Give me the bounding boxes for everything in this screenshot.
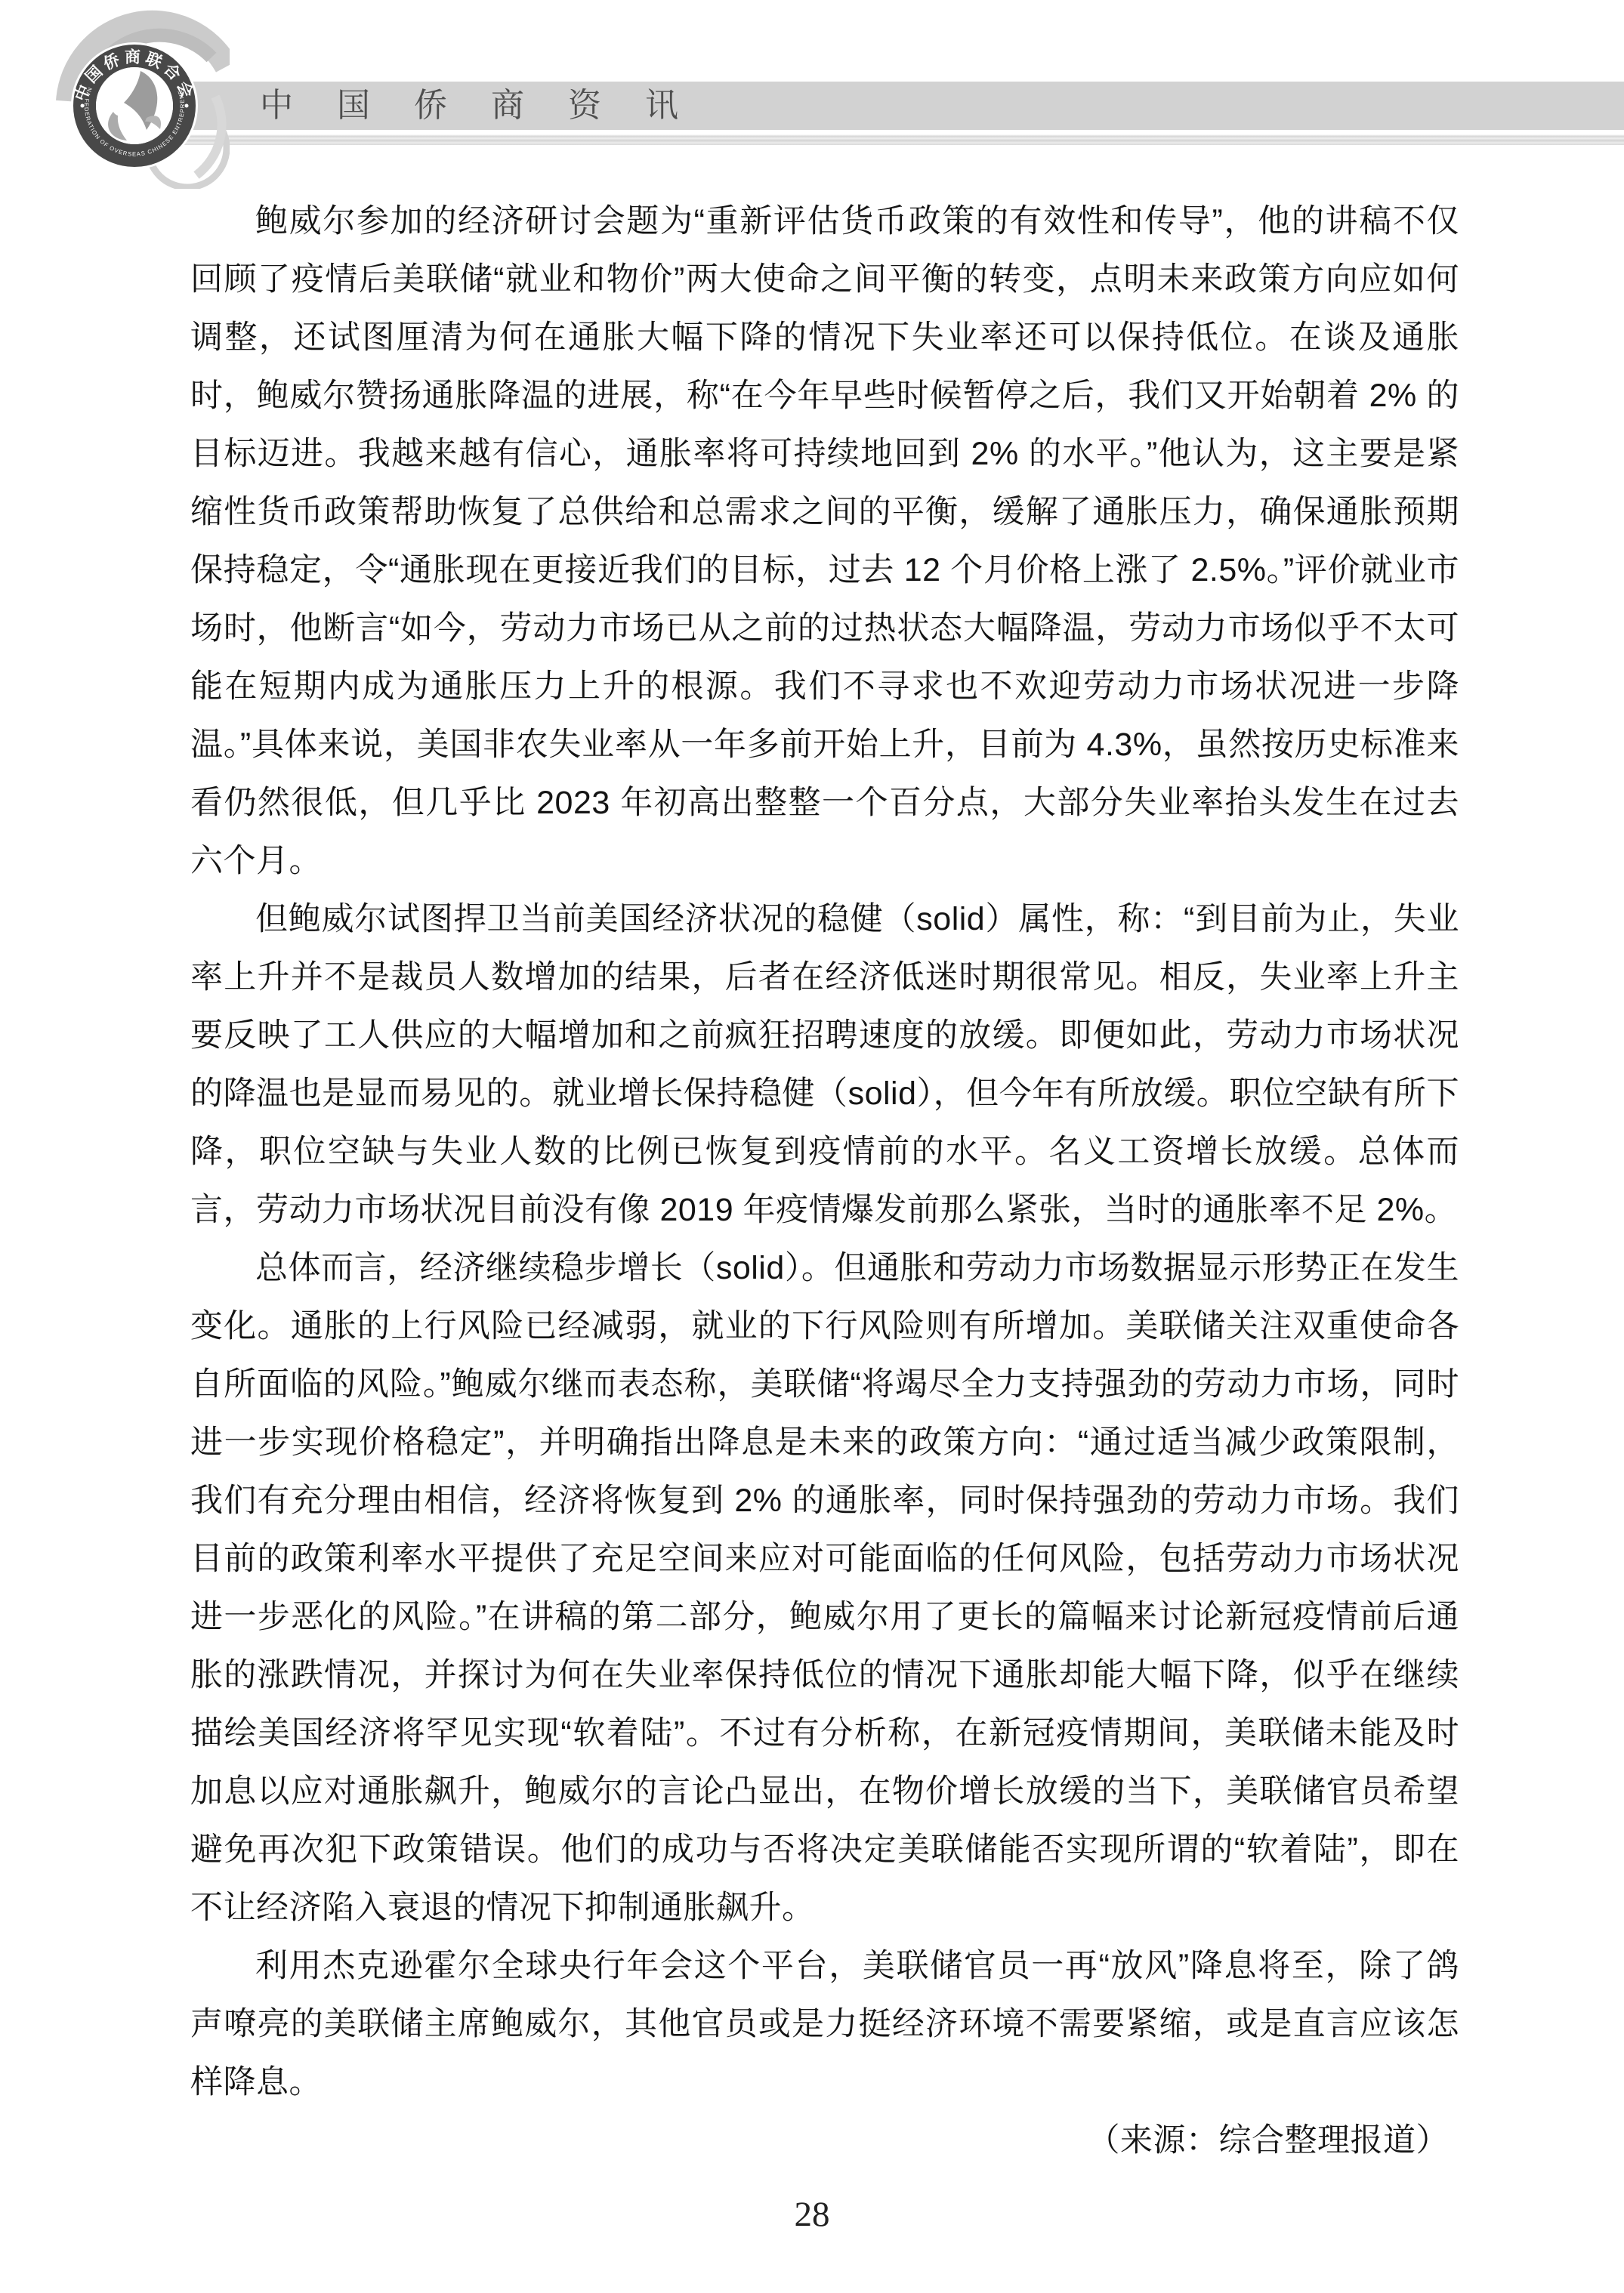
article-body: 鲍威尔参加的经济研讨会题为“重新评估货币政策的有效性和传导”，他的讲稿不仅回顾了…	[190, 193, 1459, 2170]
header-title: 中国侨商资讯	[260, 82, 722, 130]
article-paragraph: 总体而言，经济继续稳步增长（solid）。但通胀和劳动力市场数据显示形势正在发生…	[190, 1239, 1459, 1937]
logo-emblem-icon: 中国侨商联合会 CHINA FEDERATION OF OVERSEAS CHI…	[39, 5, 230, 189]
article-paragraph: 利用杰克逊霍尔全球央行年会这个平台，美联储官员一再“放风”降息将至，除了鸽声嘹亮…	[190, 1937, 1459, 2112]
organization-logo: 中国侨商联合会 CHINA FEDERATION OF OVERSEAS CHI…	[39, 5, 230, 189]
source-line: （来源：综合整理报道）	[190, 2112, 1459, 2170]
header-divider	[113, 134, 1624, 145]
document-page: 中国侨商资讯 中国侨商联合会	[0, 0, 1624, 2293]
header-banner: 中国侨商资讯	[113, 82, 1624, 130]
article-paragraph: 但鲍威尔试图捍卫当前美国经济状况的稳健（solid）属性，称：“到目前为止，失业…	[190, 890, 1459, 1239]
logo-right-dot	[185, 104, 189, 108]
logo-left-dot	[81, 104, 85, 108]
article-paragraph: 鲍威尔参加的经济研讨会题为“重新评估货币政策的有效性和传导”，他的讲稿不仅回顾了…	[190, 193, 1459, 890]
page-number: 28	[0, 2194, 1624, 2235]
